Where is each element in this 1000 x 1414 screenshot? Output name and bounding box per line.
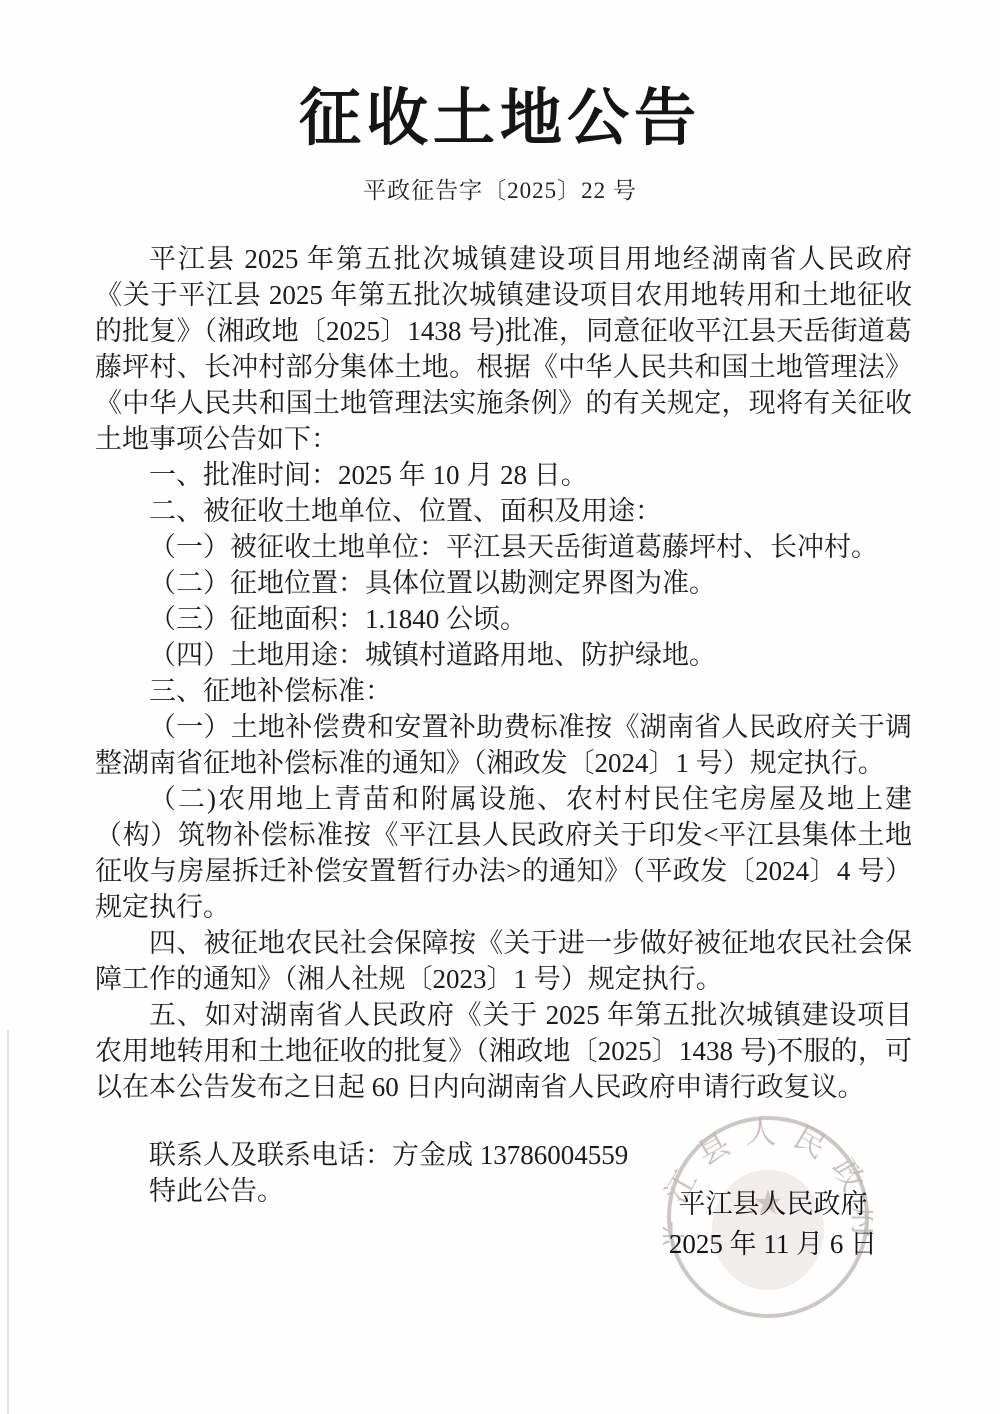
body-paragraph-section3: 三、征地补偿标准：	[95, 673, 912, 709]
announcement-page: 征收土地公告 平政征告字〔2025〕22 号 平江县 2025 年第五批次城镇建…	[0, 0, 1000, 1414]
scan-edge-artifact	[7, 1030, 9, 1414]
body-paragraph-compensation-1: （一）土地补偿费和安置补助费标准按《湖南省人民政府关于调整湖南省征地补偿标准的通…	[95, 709, 912, 781]
body-paragraph-unit: （一）被征收土地单位：平江县天岳街道葛藤坪村、长冲村。	[95, 529, 912, 565]
signature-issuer: 平江县人民政府	[648, 1184, 898, 1224]
body-paragraph-compensation-2: （二)农用地上青苗和附属设施、农村村民住宅房屋及地上建（构）筑物补偿标准按《平江…	[95, 781, 912, 925]
body-paragraph-area: （三）征地面积：1.1840 公顷。	[95, 601, 912, 637]
page-title: 征收土地公告	[0, 0, 1000, 156]
signature-date: 2025 年 11 月 6 日	[648, 1224, 898, 1264]
document-body: 平江县 2025 年第五批次城镇建设项目用地经湖南省人民政府《关于平江县 202…	[95, 241, 912, 1209]
body-paragraph-social-security: 四、被征地农民社会保障按《关于进一步做好被征地农民社会保障工作的通知》（湘人社规…	[95, 925, 912, 997]
body-paragraph-appeal: 五、如对湖南省人民政府《关于 2025 年第五批次城镇建设项目农用地转用和土地征…	[95, 997, 912, 1105]
body-paragraph-section2: 二、被征收土地单位、位置、面积及用途：	[95, 493, 912, 529]
body-paragraph-intro: 平江县 2025 年第五批次城镇建设项目用地经湖南省人民政府《关于平江县 202…	[95, 241, 912, 457]
body-paragraph-usage: （四）土地用途：城镇村道路用地、防护绿地。	[95, 637, 912, 673]
doc-number: 平政征告字〔2025〕22 号	[0, 172, 1000, 205]
signature-block: 平江县人民政府 2025 年 11 月 6 日	[648, 1184, 898, 1264]
body-paragraph-approval-date: 一、批准时间：2025 年 10 月 28 日。	[95, 457, 912, 493]
body-paragraph-location: （二）征地位置：具体位置以勘测定界图为准。	[95, 565, 912, 601]
